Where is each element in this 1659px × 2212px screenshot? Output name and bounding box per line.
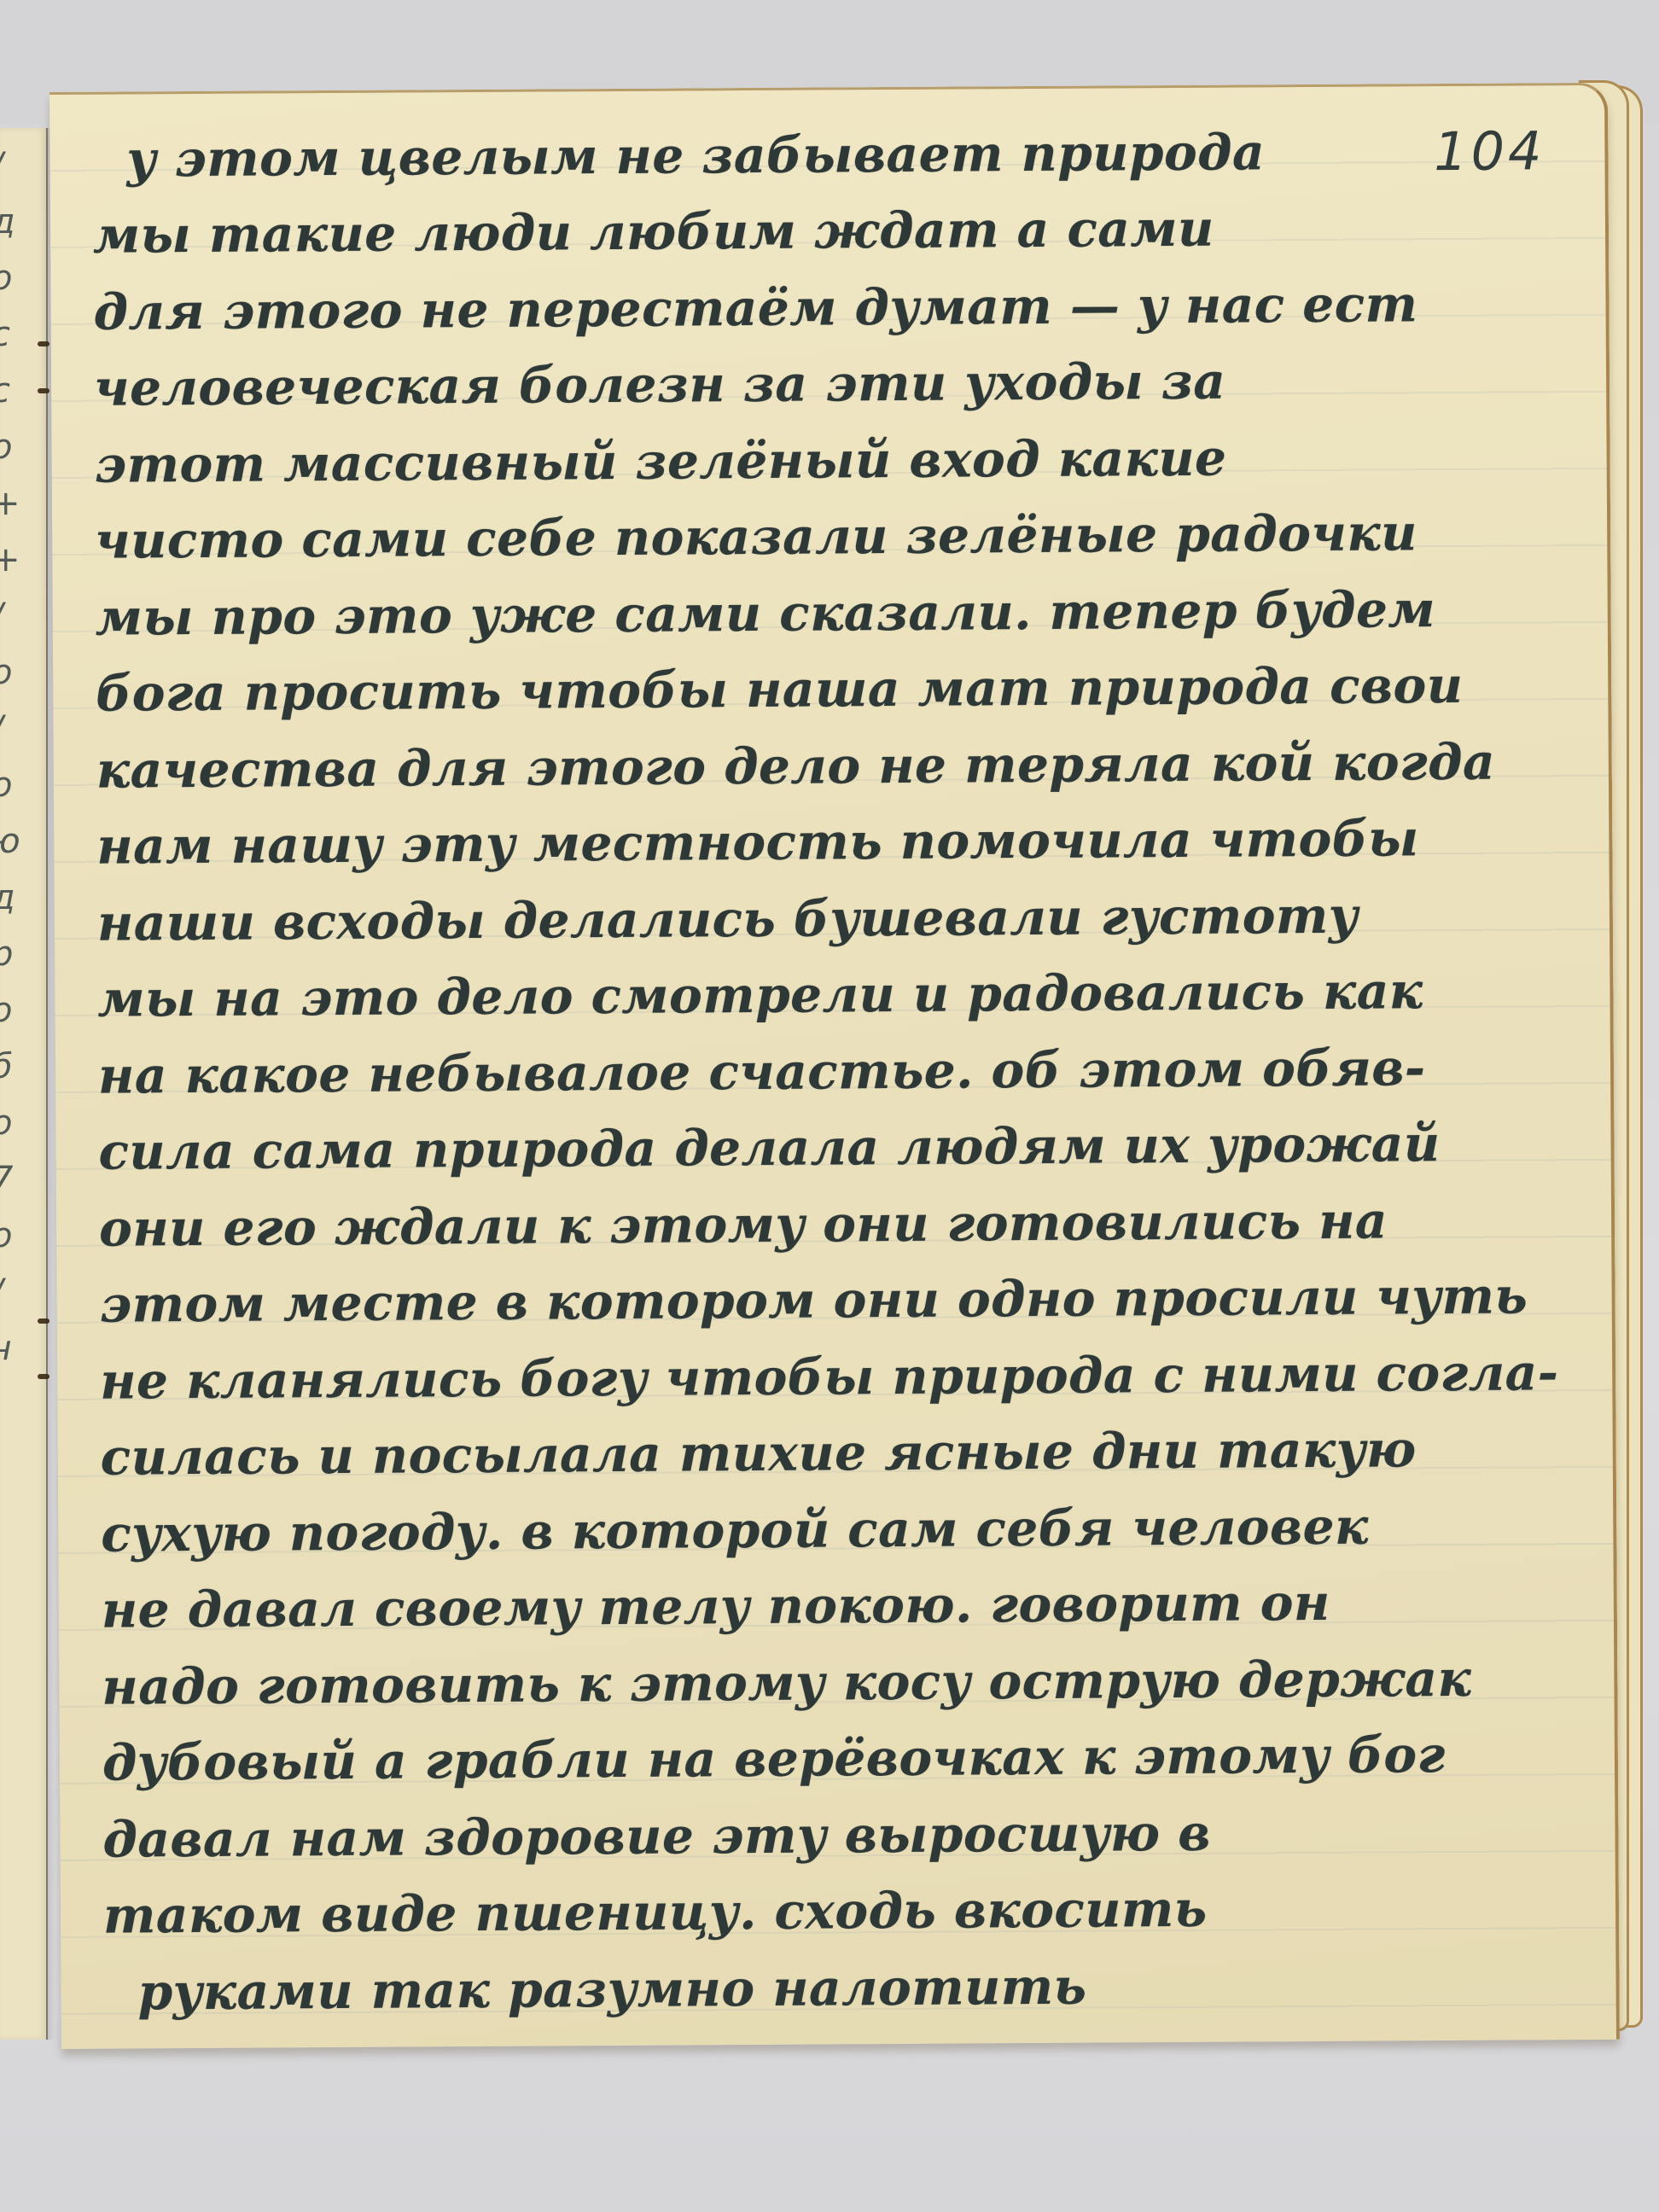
text-line: не кланялись богу чтобы природа с ними с… [100,1331,1551,1417]
margin-glyph: + [0,539,43,580]
margin-glyph: о [0,1215,43,1256]
text-line: надо готовить к этому косу острую держак [102,1637,1553,1722]
margin-glyph: / [0,145,43,186]
text-line: мы про это уже сами сказали. тепер будем [95,568,1546,653]
text-line: сухую погоду. в которой сам себя человек [101,1484,1552,1569]
margin-glyph: о [0,1103,43,1144]
handwritten-text: у этом цвелым не забывает природа мы так… [92,109,1555,2028]
text-line: руками так разумно налотить [103,1942,1555,2028]
text-line: человеческая болезн за эти уходы за [94,339,1545,424]
text-line: этот массивный зелёный вход какие [94,415,1545,500]
text-line: у этом цвелым не забывает природа [92,109,1544,195]
margin-glyph: о [0,990,43,1031]
text-line: для этого не перестаём думат — у нас ест [93,262,1545,347]
text-line: таком виде пшеницу. сходь вкосить [103,1866,1555,1952]
previous-page-edge: / д о с с о + + / о / о ю д р о б о 7 о … [0,128,48,2040]
notebook-page: 104 у этом цвелым не забывает природа мы… [49,83,1620,2049]
text-line: нам нашу эту местность помочила чтобы [96,797,1548,882]
text-line: наши всходы делались бушевали густоту [97,873,1549,958]
margin-glyph: о [0,765,43,806]
text-line: мы на это дело смотрели и радовались как [97,950,1549,1035]
margin-glyph: б [0,1046,43,1087]
margin-glyph: / [0,596,43,637]
text-line: этом месте в котором они одно просили чу… [99,1255,1551,1341]
margin-glyph: о [0,652,43,693]
text-line: сила сама природа делала людям их урожай [98,1103,1550,1188]
margin-glyph: о [0,258,43,299]
text-line: не давал своему телу покою. говорит он [102,1561,1553,1646]
margin-glyph: 7 [0,1159,43,1200]
text-line: давал нам здоровие эту выросшую в [102,1790,1554,1875]
text-line: чисто сами себе показали зелёные радочки [95,492,1546,577]
text-line: мы такие люди любим ждат а сами [93,186,1545,271]
margin-glyph: ю [0,821,43,862]
text-line: на какое небывалое счастье. об этом обяв… [98,1026,1550,1111]
margin-glyph: д [0,877,43,918]
margin-glyph: ч [0,1328,43,1369]
text-line: качества для этого дело не теряла кой ко… [96,720,1548,806]
margin-glyph: р [0,934,43,975]
previous-page-margin-text: / д о с с о + + / о / о ю д р о б о 7 о … [0,145,43,1369]
margin-glyph: с [0,370,43,411]
margin-glyph: + [0,483,43,524]
text-line: бога просить чтобы наша мат природа свои [96,644,1547,730]
text-line: дубовый а грабли на верёвочках к этому б… [102,1714,1554,1799]
margin-glyph: / [0,1272,43,1313]
margin-glyph: с [0,314,43,355]
margin-glyph: д [0,201,43,242]
text-line: они его ждали к этому они готовились на [99,1179,1551,1264]
margin-glyph: / [0,708,43,749]
text-line: силась и посылала тихие ясные дни такую [100,1408,1551,1493]
margin-glyph: о [0,427,43,468]
